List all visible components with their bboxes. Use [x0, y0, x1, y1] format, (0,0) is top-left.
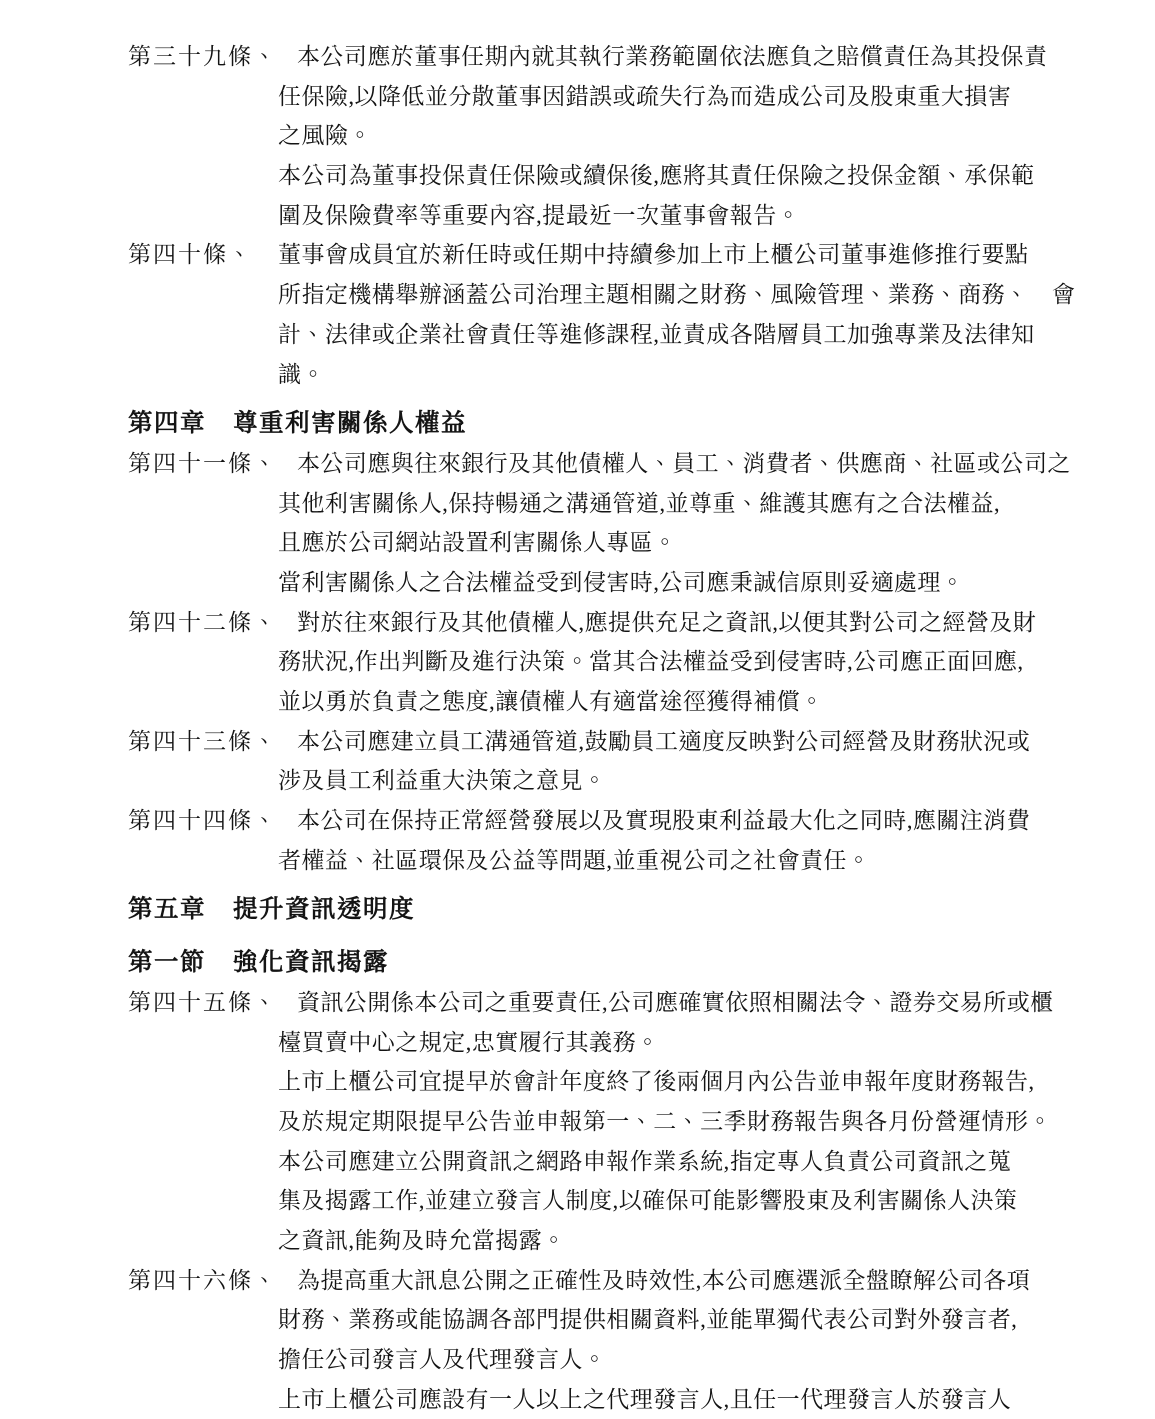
- document-body: 第三十九條、 本公司應於董事任期內就其執行業務範圍依法應負之賠償責任為其投保責 …: [0, 0, 1155, 1419]
- article-text-line: 財務、業務或能協調各部門提供相關資料,並能單獨代表公司對外發言者,: [278, 1300, 1155, 1340]
- chapter-number: 第五章: [128, 896, 206, 923]
- article-text-line: 資訊公開係本公司之重要責任,公司應確實依照相關法令、證券交易所或櫃: [278, 983, 1155, 1023]
- article-text-line: 本公司應與往來銀行及其他債權人、員工、消費者、供應商、社區或公司之: [278, 444, 1155, 484]
- article-text-line: 本公司在保持正常經營發展以及實現股東利益最大化之同時,應關注消費: [278, 801, 1155, 841]
- article-39-number: 第三十九條、: [128, 37, 278, 77]
- article-text-line: 集及揭露工作,並建立發言人制度,以確保可能影響股東及利害關係人決策: [278, 1181, 1155, 1221]
- article-text-line: 檯買賣中心之規定,忠實履行其義務。: [278, 1023, 1155, 1063]
- document-page: 第三十九條、 本公司應於董事任期內就其執行業務範圍依法應負之賠償責任為其投保責 …: [0, 0, 1155, 1419]
- article-text-line: 圍及保險費率等重要內容,提最近一次董事會報告。: [278, 196, 1155, 236]
- article-39: 第三十九條、 本公司應於董事任期內就其執行業務範圍依法應負之賠償責任為其投保責 …: [278, 37, 1155, 235]
- article-text-line: 之風險。: [278, 116, 1155, 156]
- article-text-line: 本公司應建立公開資訊之網路申報作業系統,指定專人負責公司資訊之蒐: [278, 1142, 1155, 1182]
- article-text-line: 本公司應建立員工溝通管道,鼓勵員工適度反映對公司經營及財務狀況或: [278, 722, 1155, 762]
- article-45: 第四十五條、 資訊公開係本公司之重要責任,公司應確實依照相關法令、證券交易所或櫃…: [278, 983, 1155, 1261]
- article-42: 第四十二條、 對於往來銀行及其他債權人,應提供充足之資訊,以便其對公司之經營及財…: [278, 603, 1155, 722]
- article-text-line: 且應於公司網站設置利害關係人專區。: [278, 523, 1155, 563]
- article-text-line: 務狀況,作出判斷及進行決策。當其合法權益受到侵害時,公司應正面回應,: [278, 642, 1155, 682]
- article-41: 第四十一條、 本公司應與往來銀行及其他債權人、員工、消費者、供應商、社區或公司之…: [278, 444, 1155, 603]
- article-text-line: 其他利害關係人,保持暢通之溝通管道,並尊重、維護其應有之合法權益,: [278, 484, 1155, 524]
- article-text-line: 為提高重大訊息公開之正確性及時效性,本公司應選派全盤瞭解公司各項: [278, 1261, 1155, 1301]
- article-text-line: 任保險,以降低並分散董事因錯誤或疏失行為而造成公司及股東重大損害: [278, 77, 1155, 117]
- article-text-line: 計、法律或企業社會責任等進修課程,並責成各階層員工加強專業及法律知: [278, 315, 1155, 355]
- section-title: 強化資訊揭露: [233, 949, 389, 976]
- chapter-title: 尊重利害關係人權益: [233, 410, 467, 437]
- article-text-line: 及於規定期限提早公告並申報第一、二、三季財務報告與各月份營運情形。: [278, 1102, 1155, 1142]
- article-43-number: 第四十三條、: [128, 722, 278, 762]
- article-text-line: 上市上櫃公司應設有一人以上之代理發言人,且任一代理發言人於發言人: [278, 1380, 1155, 1419]
- article-40-number: 第四十條、: [128, 235, 253, 275]
- article-40: 第四十條、 董事會成員宜於新任時或任期中持續參加上市上櫃公司董事進修推行要點 所…: [278, 235, 1155, 394]
- article-text-line: 本公司為董事投保責任保險或續保後,應將其責任保險之投保金額、承保範: [278, 156, 1155, 196]
- article-text-line: 本公司應於董事任期內就其執行業務範圍依法應負之賠償責任為其投保責: [278, 37, 1155, 77]
- section-1-heading: 第一節強化資訊揭露: [128, 943, 1155, 983]
- article-text-line: 上市上櫃公司宜提早於會計年度終了後兩個月內公告並申報年度財務報告,: [278, 1062, 1155, 1102]
- section-number: 第一節: [128, 949, 206, 976]
- article-46-number: 第四十六條、: [128, 1261, 278, 1301]
- chapter-number: 第四章: [128, 410, 206, 437]
- article-44: 第四十四條、 本公司在保持正常經營發展以及實現股東利益最大化之同時,應關注消費 …: [278, 801, 1155, 880]
- article-text-line: 當利害關係人之合法權益受到侵害時,公司應秉誠信原則妥適處理。: [278, 563, 1155, 603]
- article-text-line: 識。: [278, 355, 1155, 395]
- article-46: 第四十六條、 為提高重大訊息公開之正確性及時效性,本公司應選派全盤瞭解公司各項 …: [278, 1261, 1155, 1419]
- article-text-line: 擔任公司發言人及代理發言人。: [278, 1340, 1155, 1380]
- article-44-number: 第四十四條、: [128, 801, 278, 841]
- article-text-line: 者權益、社區環保及公益等問題,並重視公司之社會責任。: [278, 841, 1155, 881]
- article-text-line: 所指定機構舉辦涵蓋公司治理主題相關之財務、風險管理、業務、商務、 會: [278, 275, 1155, 315]
- chapter-5-heading: 第五章提升資訊透明度: [128, 890, 1155, 930]
- article-text-line: 董事會成員宜於新任時或任期中持續參加上市上櫃公司董事進修推行要點: [278, 235, 1155, 275]
- article-text-line: 涉及員工利益重大決策之意見。: [278, 761, 1155, 801]
- article-41-number: 第四十一條、: [128, 444, 278, 484]
- article-text-line: 並以勇於負責之態度,讓債權人有適當途徑獲得補償。: [278, 682, 1155, 722]
- chapter-4-heading: 第四章尊重利害關係人權益: [128, 404, 1155, 444]
- chapter-title: 提升資訊透明度: [233, 896, 415, 923]
- article-45-number: 第四十五條、: [128, 983, 278, 1023]
- article-42-number: 第四十二條、: [128, 603, 278, 643]
- article-43: 第四十三條、 本公司應建立員工溝通管道,鼓勵員工適度反映對公司經營及財務狀況或 …: [278, 722, 1155, 801]
- article-text-line: 對於往來銀行及其他債權人,應提供充足之資訊,以便其對公司之經營及財: [278, 603, 1155, 643]
- article-text-line: 之資訊,能夠及時允當揭露。: [278, 1221, 1155, 1261]
